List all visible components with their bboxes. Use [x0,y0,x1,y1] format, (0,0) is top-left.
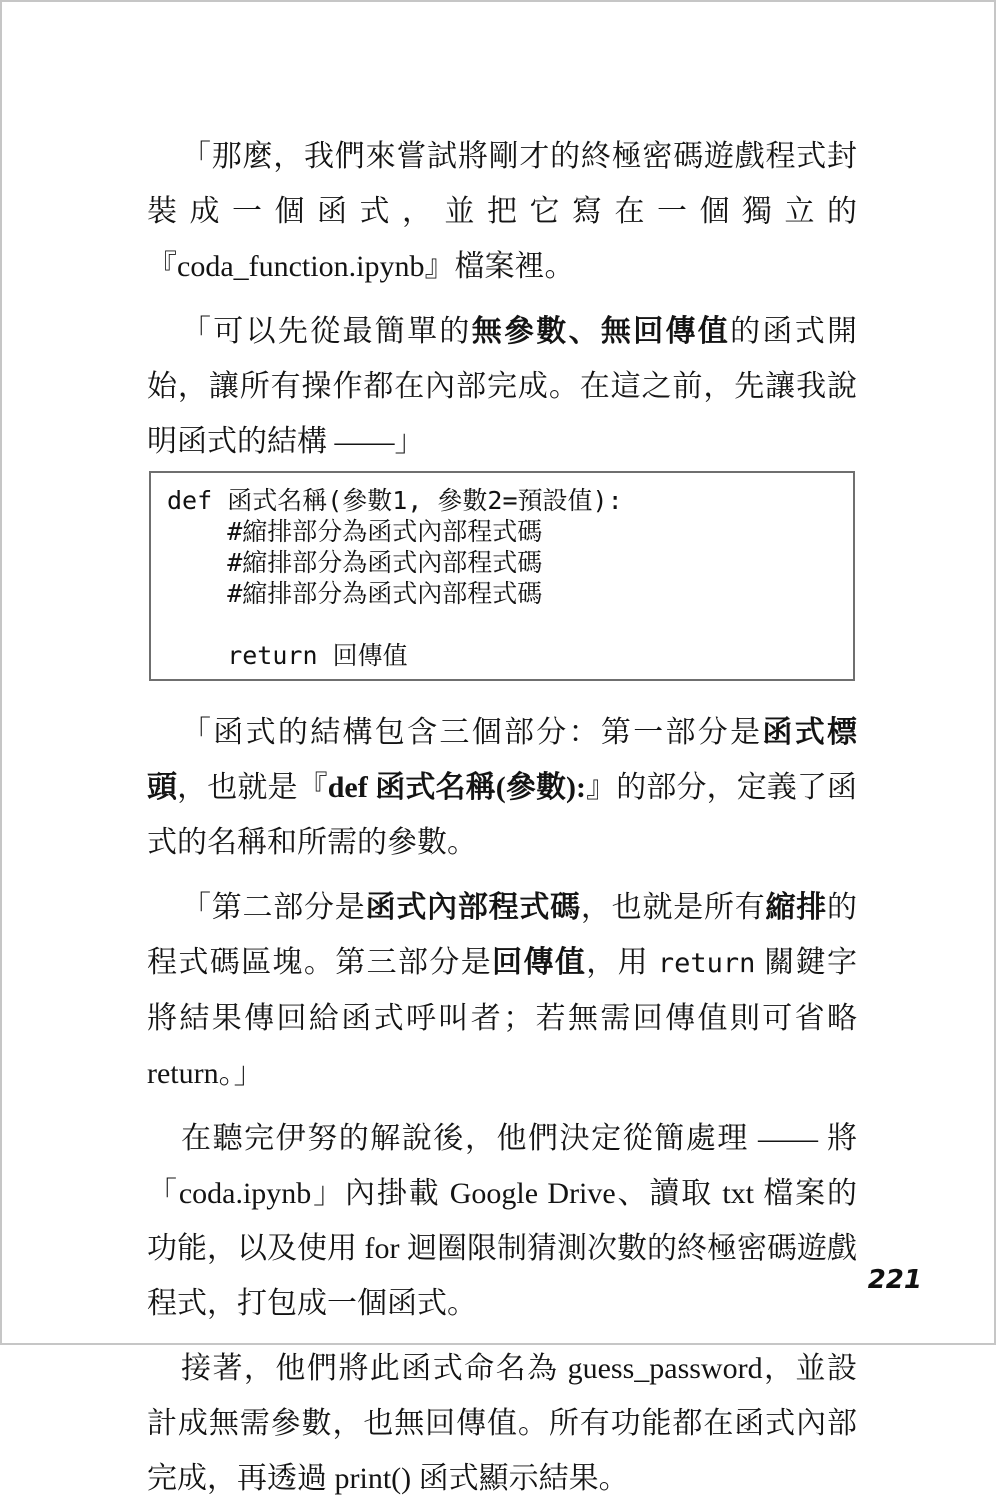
paragraph: 接著，他們將此函式命名為 guess_password，並設計成無需參數，也無回… [147,1341,857,1506]
text-run: ，也就是『 [177,771,328,804]
text-run: def 函式名稱(參數): [328,771,586,804]
code-line [167,609,837,640]
text-run: 「可以先從最簡單的 [181,315,472,348]
text-run: 「函式的結構包含三個部分：第一部分是 [181,716,762,749]
code-line: return 回傳值 [167,640,837,671]
text-run: ，用 [586,946,658,979]
text-run: 縮排 [766,891,828,924]
code-line: #縮排部分為函式內部程式碼 [167,578,837,609]
code-line: #縮排部分為函式內部程式碼 [167,547,837,578]
paragraph: 「可以先從最簡單的無參數、無回傳值的函式開始，讓所有操作都在內部完成。在這之前，… [147,304,857,469]
code-box: def 函式名稱(參數1, 參數2=預設值): #縮排部分為函式內部程式碼 #縮… [149,471,855,681]
text-run: 「第二部分是 [181,891,366,924]
text-run: 「那麼，我們來嘗試將剛才的終極密碼遊戲程式封裝成一個函式，並把它寫在一個獨立的『… [147,140,857,283]
text-run: 在聽完伊努的解說後，他們決定從簡處理 —— 將「coda.ipynb」內掛載 G… [147,1122,857,1320]
paragraph: 「第二部分是函式內部程式碼，也就是所有縮排的程式碼區塊。第三部分是回傳值，用 r… [147,880,857,1101]
intro-paragraphs: 「那麼，我們來嘗試將剛才的終極密碼遊戲程式封裝成一個函式，並把它寫在一個獨立的『… [147,129,857,469]
text-run: 函式內部程式碼 [366,891,581,924]
text-run: 回傳值 [492,946,586,979]
body-paragraphs: 「函式的結構包含三個部分：第一部分是函式標頭，也就是『def 函式名稱(參數):… [147,705,857,1506]
page-content: 「那麼，我們來嘗試將剛才的終極密碼遊戲程式封裝成一個函式，並把它寫在一個獨立的『… [147,129,857,1506]
paragraph: 「那麼，我們來嘗試將剛才的終極密碼遊戲程式封裝成一個函式，並把它寫在一個獨立的『… [147,129,857,294]
paragraph: 在聽完伊努的解說後，他們決定從簡處理 —— 將「coda.ipynb」內掛載 G… [147,1111,857,1331]
page-number: 221 [868,1265,922,1295]
text-run: ，也就是所有 [581,891,766,924]
text-run: return [658,948,756,979]
paragraph: 「函式的結構包含三個部分：第一部分是函式標頭，也就是『def 函式名稱(參數):… [147,705,857,870]
code-line: def 函式名稱(參數1, 參數2=預設值): [167,485,837,516]
text-run: 接著，他們將此函式命名為 guess_password，並設計成無需參數，也無回… [147,1352,857,1495]
text-run: 無參數、無回傳值 [472,315,730,348]
code-line: #縮排部分為函式內部程式碼 [167,516,837,547]
book-page: 「那麼，我們來嘗試將剛才的終極密碼遊戲程式封裝成一個函式，並把它寫在一個獨立的『… [0,0,996,1345]
